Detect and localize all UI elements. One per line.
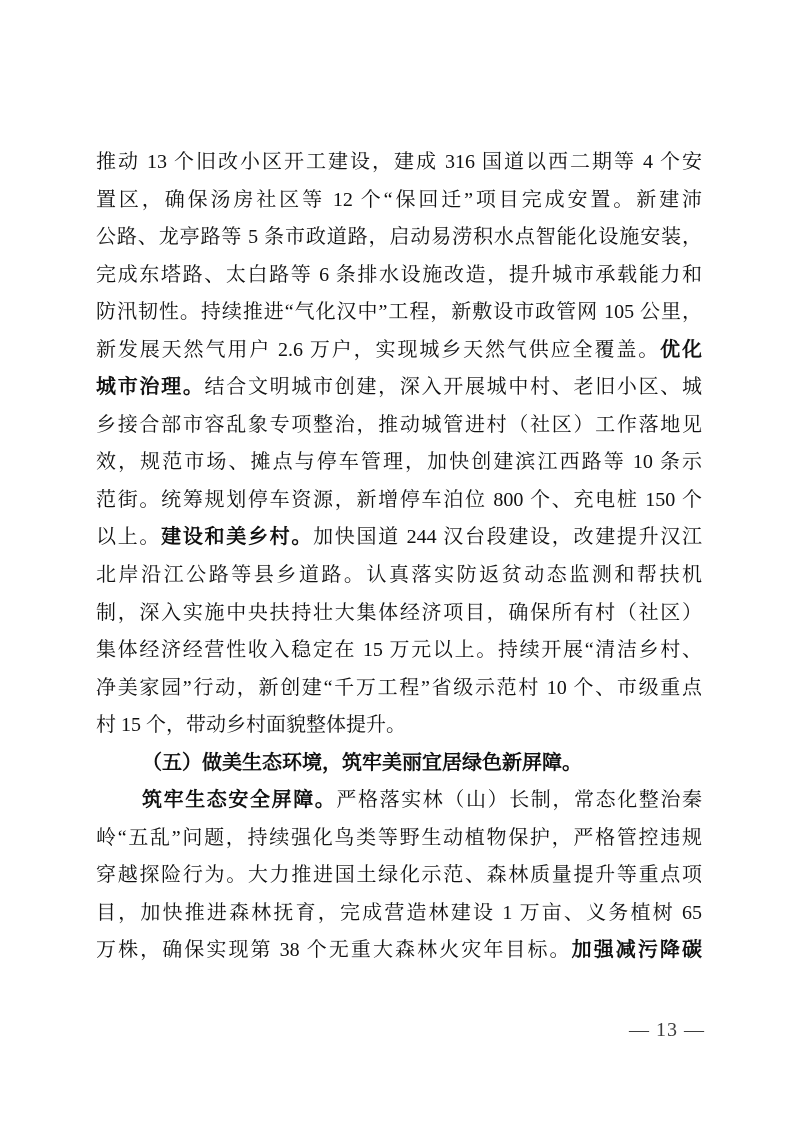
text-segment: 效，规范市场、摊点与停车管理，加快创建滨江西路等 10 条示 [96, 451, 702, 473]
section-heading-line: （五）做美生态环境，筑牢美丽宜居绿色新屏障。 [96, 745, 702, 783]
text-line: 防汛韧性。持续推进“气化汉中”工程，新敷设市政管网 105 公里， [96, 294, 702, 332]
bold-text-segment: （五）做美生态环境，筑牢美丽宜居绿色新屏障。 [142, 752, 582, 774]
text-line: 乡接合部市容乱象专项整治，推动城管进村（社区）工作落地见 [96, 407, 702, 445]
text-line: 城市治理。结合文明城市创建，深入开展城中村、老旧小区、城 [96, 369, 702, 407]
bold-text-segment: 筑牢生态安全屏障。 [142, 789, 336, 811]
text-segment: 目，加快推进森林抚育，完成营造林建设 1 万亩、义务植树 65 [96, 902, 702, 924]
text-line: 公路、龙亭路等 5 条市政道路，启动易涝积水点智能化设施安装， [96, 219, 702, 257]
text-line: 效，规范市场、摊点与停车管理，加快创建滨江西路等 10 条示 [96, 444, 702, 482]
bold-text-segment: 优化 [660, 339, 702, 361]
text-segment: 万株，确保实现第 38 个无重大森林火灾年目标。 [96, 939, 572, 961]
text-segment: 置区，确保汤房社区等 12 个“保回迁”项目完成安置。新建沛 [96, 189, 702, 211]
text-segment: 制，深入实施中央扶持壮大集体经济项目，确保所有村（社区） [96, 602, 702, 624]
text-segment: 新发展天然气用户 2.6 万户，实现城乡天然气供应全覆盖。 [96, 339, 660, 361]
text-line: 集体经济经营性收入稳定在 15 万元以上。持续开展“清洁乡村、 [96, 632, 702, 670]
document-body: 推动 13 个旧改小区开工建设，建成 316 国道以西二期等 4 个安置区，确保… [96, 144, 702, 970]
text-line: 村 15 个，带动乡村面貌整体提升。 [96, 707, 702, 745]
text-segment: 加快国道 244 汉台段建设，改建提升汉江 [313, 526, 702, 548]
text-line: 范街。统筹规划停车资源，新增停车泊位 800 个、充电桩 150 个 [96, 482, 702, 520]
text-line: 北岸沿江公路等县乡道路。认真落实防返贫动态监测和帮扶机 [96, 557, 702, 595]
text-line: 净美家园”行动，新创建“千万工程”省级示范村 10 个、市级重点 [96, 670, 702, 708]
text-segment: 乡接合部市容乱象专项整治，推动城管进村（社区）工作落地见 [96, 414, 702, 436]
text-segment: 推动 13 个旧改小区开工建设，建成 316 国道以西二期等 4 个安 [96, 151, 702, 173]
text-line: 万株，确保实现第 38 个无重大森林火灾年目标。加强减污降碳 [96, 932, 702, 970]
text-segment: 防汛韧性。持续推进“气化汉中”工程，新敷设市政管网 105 公里， [96, 301, 702, 323]
bold-text-segment: 建设和美乡村。 [161, 526, 313, 548]
bold-text-segment: 加强减污降碳 [572, 939, 702, 961]
text-segment: 岭“五乱”问题，持续强化鸟类等野生动植物保护，严格管控违规 [96, 827, 702, 849]
document-page: 推动 13 个旧改小区开工建设，建成 316 国道以西二期等 4 个安置区，确保… [0, 0, 793, 1122]
text-line: 筑牢生态安全屏障。严格落实林（山）长制，常态化整治秦 [96, 782, 702, 820]
text-line: 置区，确保汤房社区等 12 个“保回迁”项目完成安置。新建沛 [96, 182, 702, 220]
text-line: 穿越探险行为。大力推进国土绿化示范、森林质量提升等重点项 [96, 857, 702, 895]
text-segment: 集体经济经营性收入稳定在 15 万元以上。持续开展“清洁乡村、 [96, 639, 702, 661]
text-line: 推动 13 个旧改小区开工建设，建成 316 国道以西二期等 4 个安 [96, 144, 702, 182]
text-line: 制，深入实施中央扶持壮大集体经济项目，确保所有村（社区） [96, 595, 702, 633]
text-line: 岭“五乱”问题，持续强化鸟类等野生动植物保护，严格管控违规 [96, 820, 702, 858]
text-segment: 范街。统筹规划停车资源，新增停车泊位 800 个、充电桩 150 个 [96, 489, 702, 511]
text-segment: 穿越探险行为。大力推进国土绿化示范、森林质量提升等重点项 [96, 864, 702, 886]
text-segment: 村 15 个，带动乡村面貌整体提升。 [96, 714, 406, 736]
text-segment: 北岸沿江公路等县乡道路。认真落实防返贫动态监测和帮扶机 [96, 564, 702, 586]
text-segment: 结合文明城市创建，深入开展城中村、老旧小区、城 [205, 376, 702, 398]
text-segment: 严格落实林（山）长制，常态化整治秦 [336, 789, 702, 811]
text-line: 以上。建设和美乡村。加快国道 244 汉台段建设，改建提升汉江 [96, 519, 702, 557]
text-line: 目，加快推进森林抚育，完成营造林建设 1 万亩、义务植树 65 [96, 895, 702, 933]
text-segment: 完成东塔路、太白路等 6 条排水设施改造，提升城市承载能力和 [96, 264, 702, 286]
text-line: 新发展天然气用户 2.6 万户，实现城乡天然气供应全覆盖。优化 [96, 332, 702, 370]
bold-text-segment: 城市治理。 [96, 376, 205, 398]
text-line: 完成东塔路、太白路等 6 条排水设施改造，提升城市承载能力和 [96, 257, 702, 295]
text-segment: 以上。 [96, 526, 161, 548]
text-segment: 净美家园”行动，新创建“千万工程”省级示范村 10 个、市级重点 [96, 677, 702, 699]
page-number: — 13 — [622, 1016, 712, 1044]
text-segment: 公路、龙亭路等 5 条市政道路，启动易涝积水点智能化设施安装， [96, 226, 702, 248]
